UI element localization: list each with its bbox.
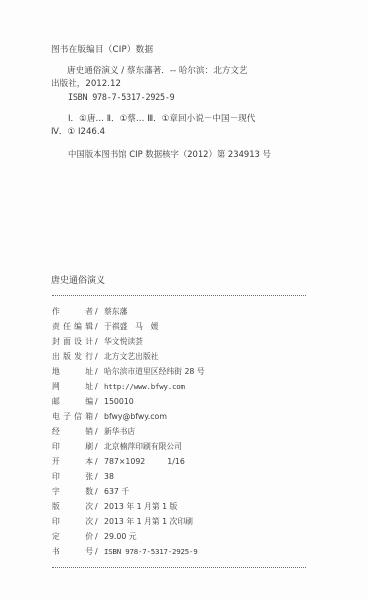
detail-label: 网址 [52,383,93,391]
detail-value: 2013 年 1 月第 1 版 [104,503,177,511]
detail-value: 新华书店 [104,428,135,436]
detail-row-price: 定价 / 29.00 元 [52,529,312,544]
copyright-page: 图书在版编目（CIP）数据 唐史通俗演义 / 蔡东藩著．-- 哈尔滨：北方文艺 … [0,0,368,600]
detail-value: ISBN 978-7-5317-2925-9 [104,548,198,555]
detail-row-address: 地址 / 哈尔滨市道里区经纬街 28 号 [52,364,312,379]
detail-value: 38 [104,473,114,481]
detail-label: 责任编辑 [52,323,93,331]
detail-label: 经销 [52,428,93,436]
detail-row-printer: 印刷 / 北京楠萍印刷有限公司 [52,439,312,454]
detail-value: http://www.bfwy.com [104,383,185,390]
detail-value: 2013 年 1 月第 1 次印刷 [104,518,193,526]
detail-value: 150010 [104,398,134,406]
detail-value: 蔡东藩 [104,308,127,316]
cip-classification: Ⅳ．① I246.4 [51,128,105,137]
detail-row-publisher: 出版发行 / 北方文艺出版社 [52,349,312,364]
separator: / [95,458,104,466]
separator: / [95,533,104,541]
detail-row-cover-design: 封面设计 / 华文悦读荟 [52,334,312,349]
dotted-divider-top [52,295,306,296]
separator: / [95,383,104,391]
detail-label: 地址 [52,368,93,376]
separator: / [95,353,104,361]
detail-value: 637 千 [104,488,129,496]
detail-value: 29.00 元 [104,533,137,541]
detail-label: 电子信箱 [52,413,93,421]
detail-row-format: 开本 / 787×1092 1/16 [52,454,312,469]
detail-row-email: 电子信箱 / bfwy@bfwy.com [52,409,312,424]
cip-heading: 图书在版编目（CIP）数据 [51,46,153,55]
detail-label: 印张 [52,473,93,481]
separator: / [95,548,104,556]
detail-value: 哈尔滨市道里区经纬街 28 号 [104,368,205,376]
detail-label: 作者 [52,308,93,316]
detail-value: 北方文艺出版社 [104,353,159,361]
separator: / [95,443,104,451]
detail-row-author: 作者 / 蔡东藩 [52,304,312,319]
detail-label: 出版发行 [52,353,93,361]
cip-publisher-line: 出版社，2012.12 [51,80,121,89]
separator: / [95,323,104,331]
detail-value: 华文悦读荟 [104,338,143,346]
detail-label: 书号 [52,548,93,556]
separator: / [95,473,104,481]
detail-row-distributor: 经销 / 新华书店 [52,424,312,439]
detail-label: 版次 [52,503,93,511]
separator: / [95,368,104,376]
cip-subjects: Ⅰ．①唐… Ⅱ．①蔡… Ⅲ．①章回小说－中国－现代 [68,115,255,124]
detail-row-isbn: 书号 / ISBN 978-7-5317-2925-9 [52,545,312,560]
detail-extra-value: 1/16 [167,458,185,466]
detail-label: 印刷 [52,443,93,451]
detail-row-website: 网址 / http://www.bfwy.com [52,379,312,394]
detail-value: 于祺盛 马 媛 [104,323,159,331]
detail-label: 定价 [52,533,93,541]
detail-row-sheets: 印张 / 38 [52,469,312,484]
detail-row-word-count: 字数 / 637 千 [52,484,312,499]
detail-label: 封面设计 [52,338,93,346]
detail-row-printing: 印次 / 2013 年 1 月第 1 次印刷 [52,514,312,529]
separator: / [95,308,104,316]
book-title: 唐史通俗演义 [51,277,105,286]
separator: / [95,518,104,526]
separator: / [95,338,104,346]
detail-label: 开本 [52,458,93,466]
separator: / [95,428,104,436]
separator: / [95,488,104,496]
cip-record-number: 中国版本图书馆 CIP 数据核字（2012）第 234913 号 [68,150,271,158]
book-details: 作者 / 蔡东藩 责任编辑 / 于祺盛 马 媛 封面设计 / 华文悦读荟 出版发… [52,304,312,560]
detail-label: 字数 [52,488,93,496]
detail-value: 北京楠萍印刷有限公司 [104,443,182,451]
separator: / [95,413,104,421]
separator: / [95,503,104,511]
detail-label: 邮编 [52,398,93,406]
dotted-divider-bottom [52,567,306,568]
detail-row-edition: 版次 / 2013 年 1 月第 1 版 [52,499,312,514]
cip-isbn: ISBN 978-7-5317-2925-9 [68,93,175,101]
detail-value: 787×1092 [104,458,145,466]
cip-title-line: 唐史通俗演义 / 蔡东藩著．-- 哈尔滨：北方文艺 [67,67,248,76]
detail-label: 印次 [52,518,93,526]
separator: / [95,398,104,406]
detail-row-postcode: 邮编 / 150010 [52,394,312,409]
detail-row-editor: 责任编辑 / 于祺盛 马 媛 [52,319,312,334]
detail-value: bfwy@bfwy.com [104,413,167,421]
